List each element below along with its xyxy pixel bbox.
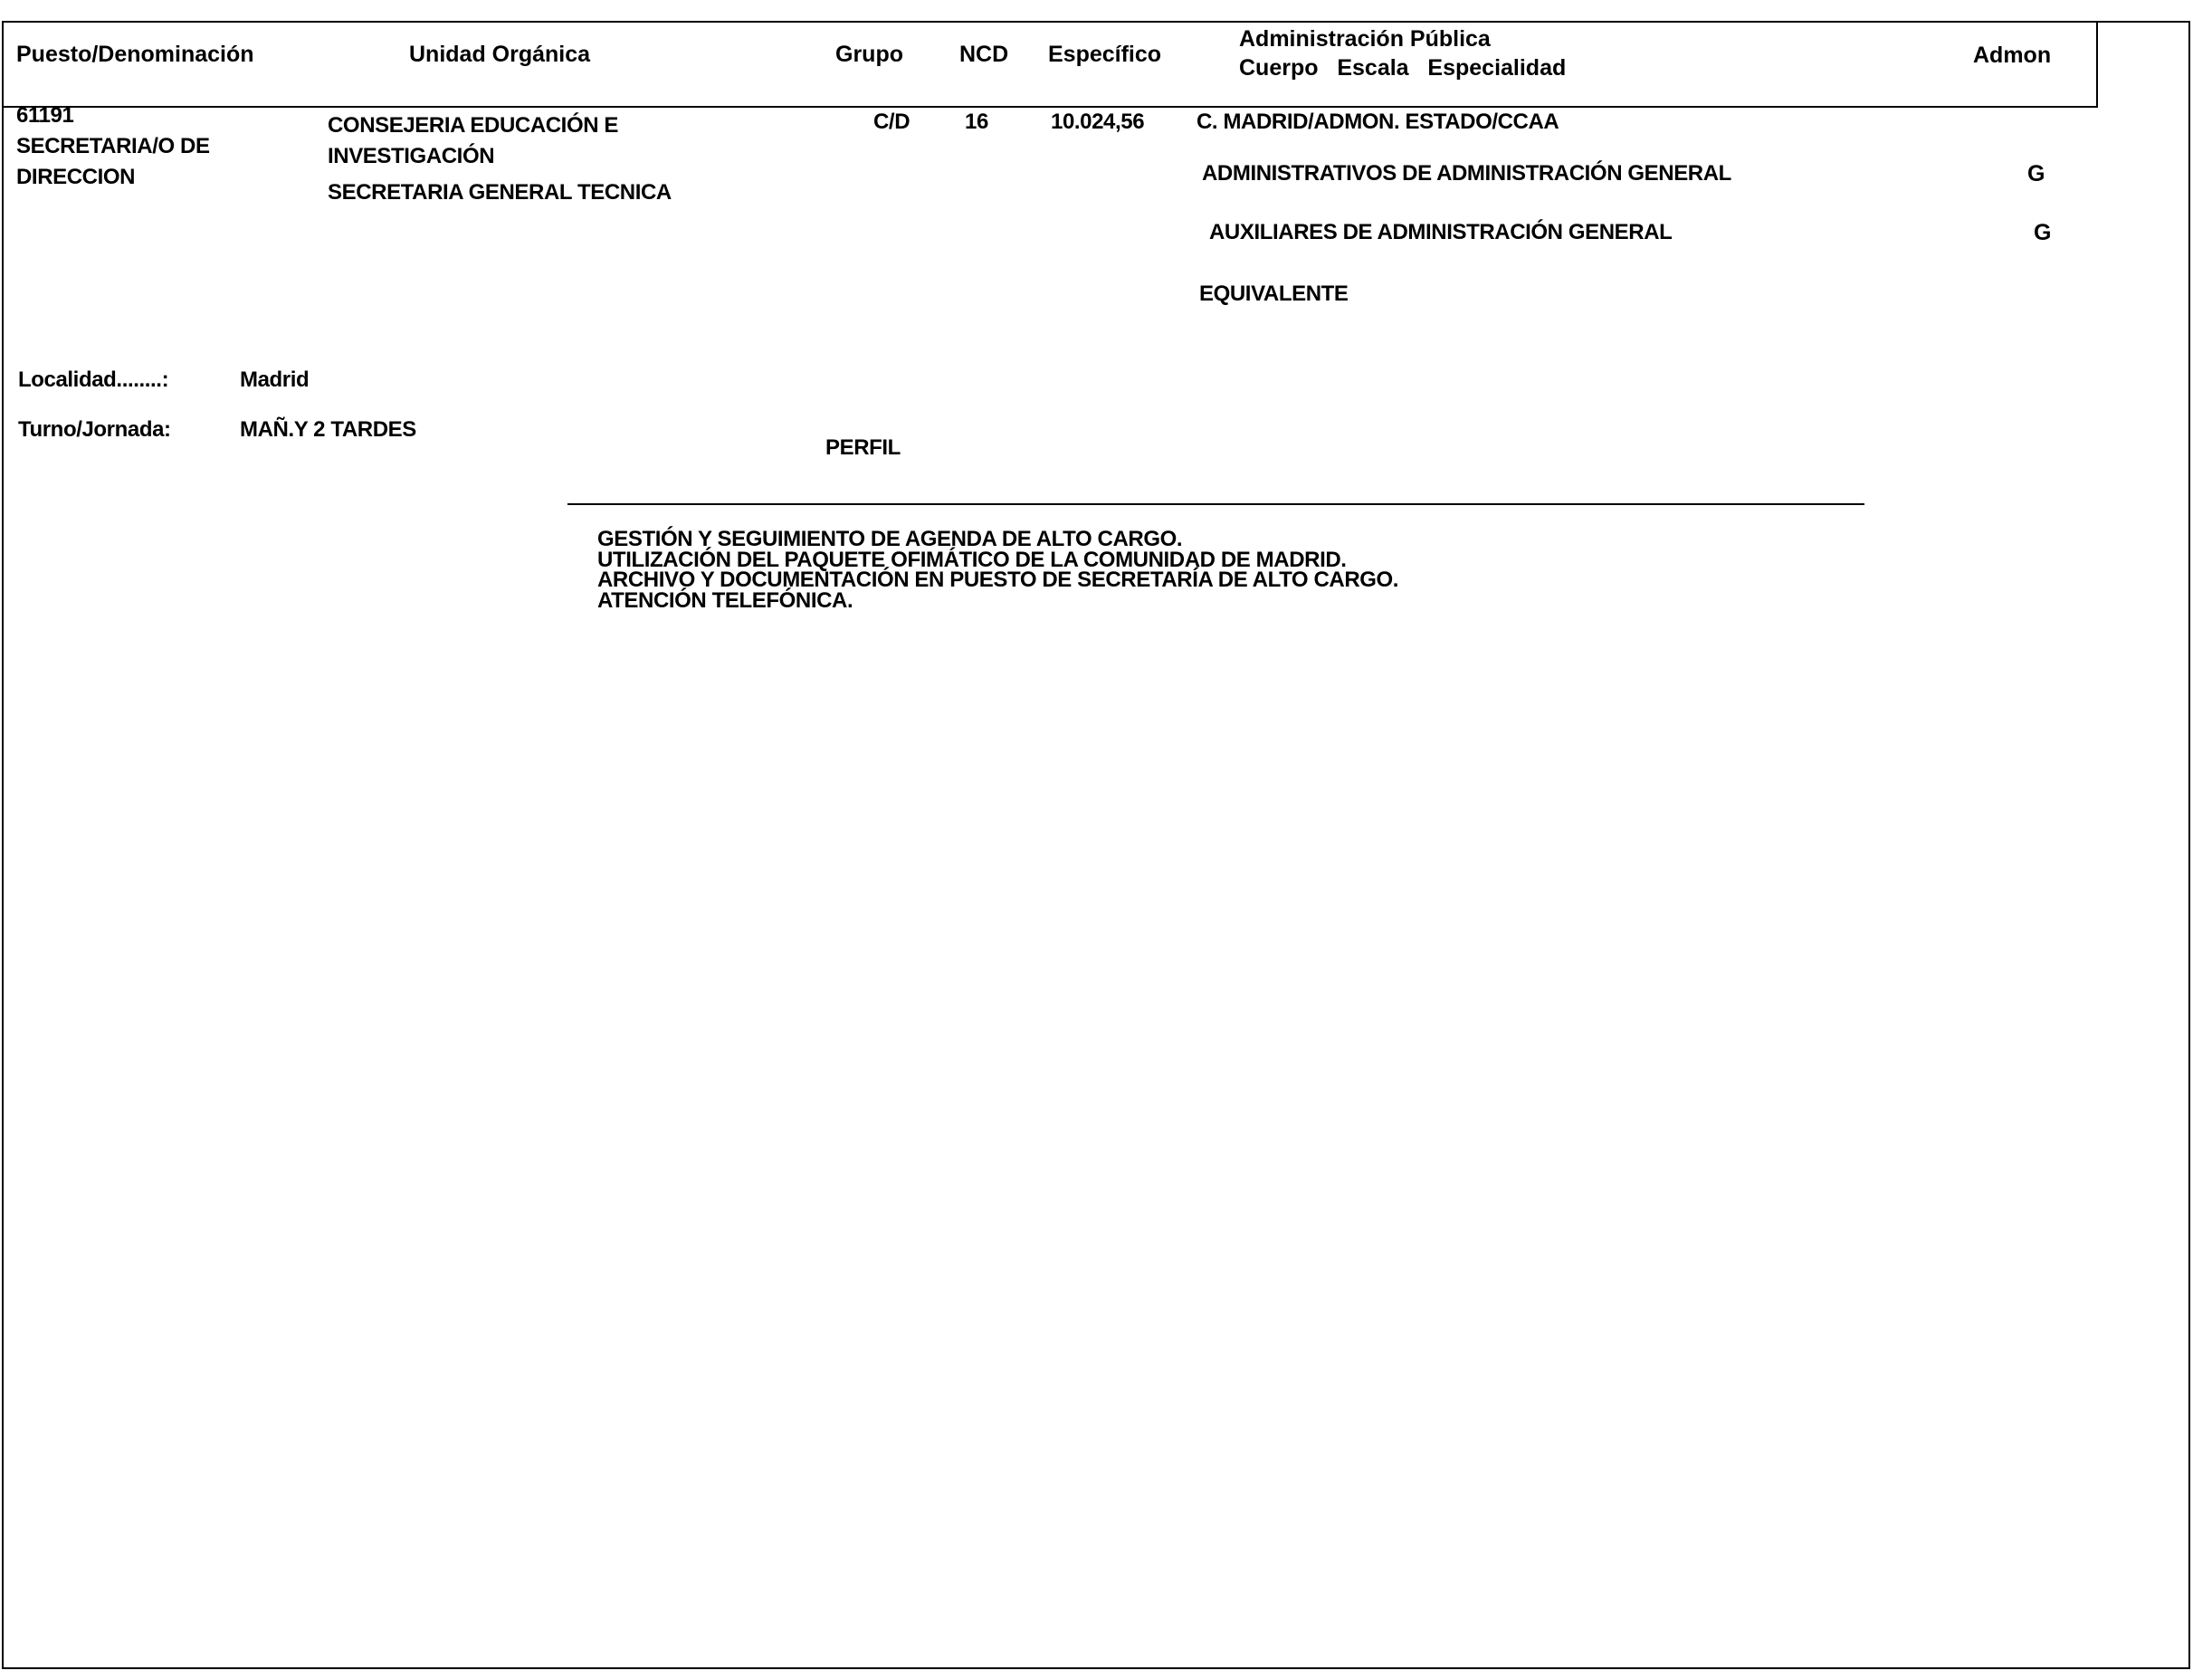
cuerpo-2-nombre: AUXILIARES DE ADMINISTRACIÓN GENERAL — [1209, 222, 1672, 243]
page-frame — [2, 21, 2190, 1669]
header-grupo: Grupo — [835, 43, 903, 66]
record-grupo: C/D — [873, 111, 910, 133]
header-puesto-denominacion: Puesto/Denominación — [16, 43, 254, 66]
localidad-label: Localidad........: — [18, 369, 168, 391]
record-especifico: 10.024,56 — [1051, 111, 1144, 133]
puesto-codigo: 61191 — [16, 100, 210, 131]
perfil-title: PERFIL — [825, 437, 901, 459]
unidad-organica-line-2: INVESTIGACIÓN — [328, 141, 672, 172]
cuerpo-1-nombre: ADMINISTRATIVOS DE ADMINISTRACIÓN GENERA… — [1202, 163, 1731, 185]
unidad-organica-line-3: SECRETARIA GENERAL TECNICA — [328, 177, 672, 208]
record-equivalente: EQUIVALENTE — [1199, 283, 1349, 305]
cuerpo-1-admon: G — [2027, 163, 2045, 186]
header-admon: Admon — [1973, 44, 2051, 67]
turno-jornada-value: MAÑ.Y 2 TARDES — [240, 419, 416, 441]
puesto-denominacion-line-2: DIRECCION — [16, 162, 210, 193]
unidad-organica-cell: CONSEJERIA EDUCACIÓN E INVESTIGACIÓN SEC… — [328, 110, 672, 208]
perfil-list: GESTIÓN Y SEGUIMIENTO DE AGENDA DE ALTO … — [597, 530, 1398, 611]
header-unidad-organica: Unidad Orgánica — [409, 43, 590, 66]
header-especifico: Específico — [1048, 43, 1161, 66]
unidad-organica-line-1: CONSEJERIA EDUCACIÓN E — [328, 110, 672, 141]
puesto-cell: 61191 SECRETARIA/O DE DIRECCION — [16, 100, 210, 193]
localidad-value: Madrid — [240, 369, 309, 391]
puesto-denominacion-line-1: SECRETARIA/O DE — [16, 131, 210, 162]
header-cuerpo-escala-especialidad: Cuerpo Escala Especialidad — [1239, 57, 1566, 80]
record-ncd: 16 — [965, 111, 988, 133]
header-administracion-publica: Administración Pública — [1239, 28, 1491, 51]
cuerpo-2-admon: G — [2034, 222, 2051, 244]
perfil-divider — [567, 503, 1864, 505]
perfil-line: ATENCIÓN TELEFÓNICA. — [597, 591, 1398, 612]
turno-jornada-label: Turno/Jornada: — [18, 419, 171, 441]
record-administracion-publica: C. MADRID/ADMON. ESTADO/CCAA — [1197, 111, 1559, 133]
header-ncd: NCD — [959, 43, 1008, 66]
